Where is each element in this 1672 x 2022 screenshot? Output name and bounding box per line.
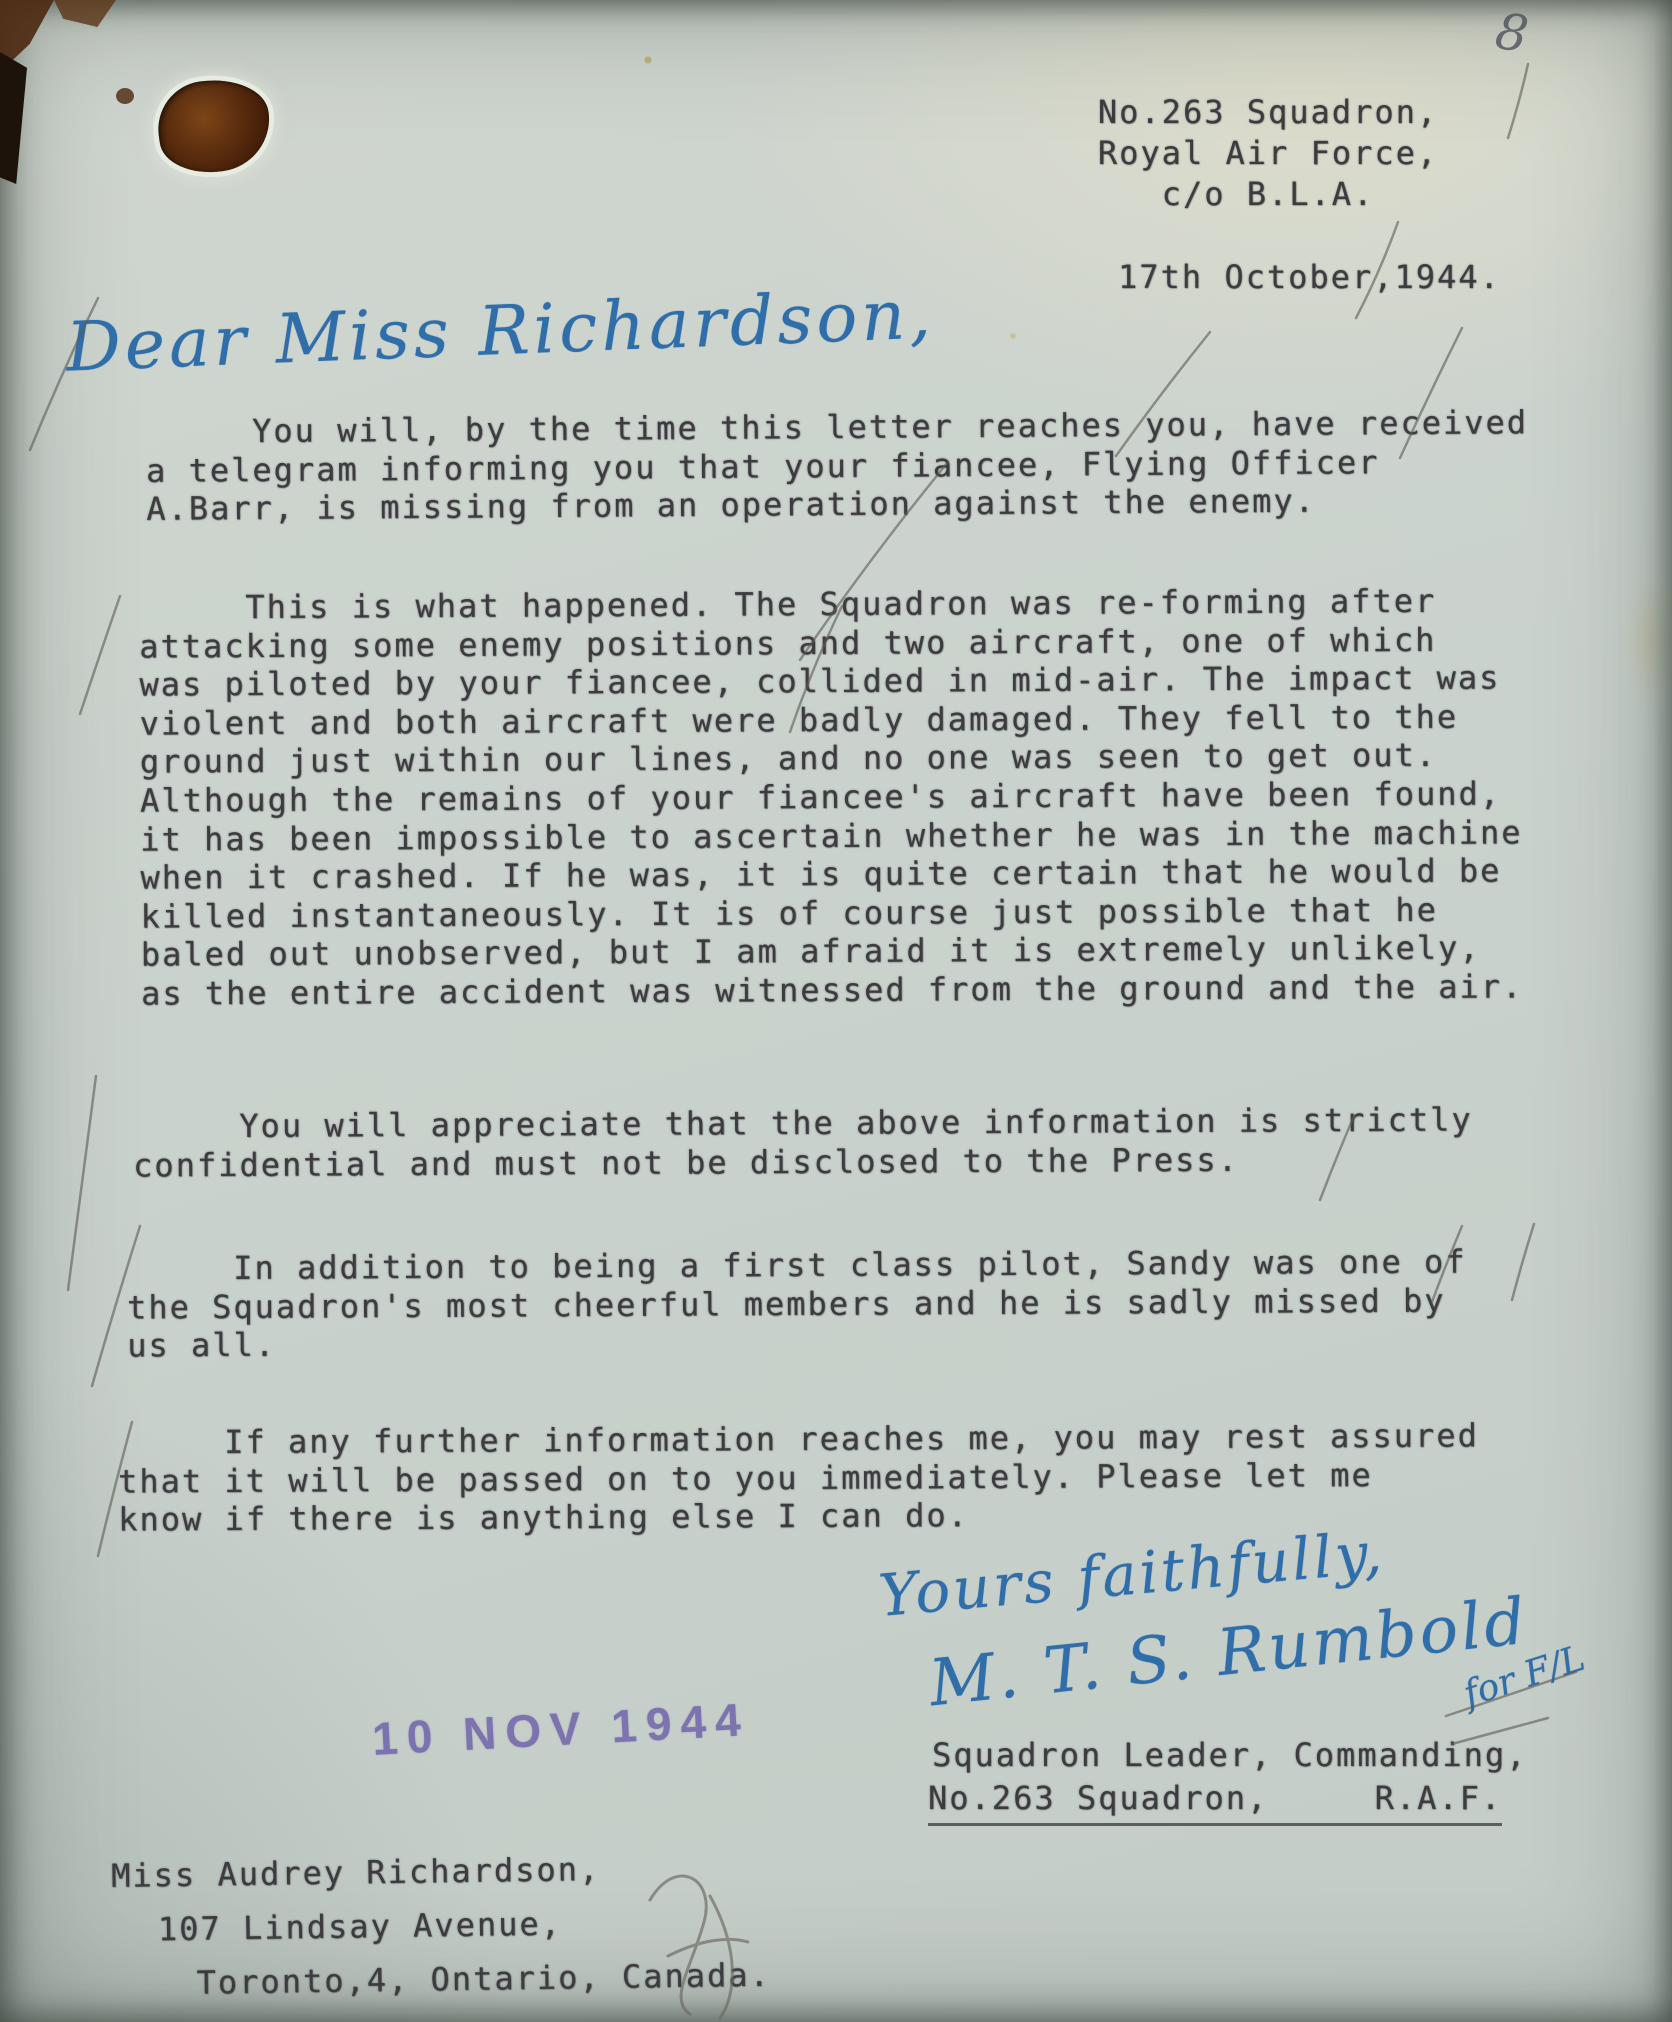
received-date-stamp: 10 NOV 1944 (371, 1692, 751, 1766)
address-line: Miss Audrey Richardson, (111, 1850, 601, 1895)
corner-stain (54, 0, 116, 27)
letterhead-line: Royal Air Force, (1068, 133, 1468, 174)
paper-spot (116, 88, 134, 104)
paragraph: In addition to being a first class pilot… (127, 1242, 1467, 1365)
address-line: Toronto,4, Ontario, Canada. (196, 1956, 771, 2003)
address-line: 107 Lindsay Avenue, (158, 1905, 563, 1949)
paper-tear-hole (152, 73, 276, 180)
salutation-handwritten: Dear Miss Richardson, (65, 275, 936, 387)
letter-page: 8 No.263 Squadron, Royal Air Force, c/o … (0, 0, 1672, 2022)
paragraph: You will, by the time this letter reache… (146, 403, 1529, 528)
paragraph: This is what happened. The Squadron was … (139, 581, 1523, 1013)
paragraph: You will appreciate that the above infor… (133, 1100, 1473, 1184)
signer-unit: No.263 Squadron, R.A.F. (928, 1779, 1502, 1826)
paragraph: If any further information reaches me, y… (118, 1416, 1480, 1539)
page-number: 8 (1492, 2, 1532, 64)
letterhead-line: c/o B.L.A. (1068, 174, 1468, 215)
letterhead-line: No.263 Squadron, (1068, 92, 1468, 133)
corner-stain (0, 52, 27, 184)
letterhead: No.263 Squadron, Royal Air Force, c/o B.… (1068, 92, 1468, 215)
recipient-address: Miss Audrey Richardson, 107 Lindsay Aven… (111, 1847, 813, 2022)
letter-date: 17th October,1944. (1118, 258, 1501, 297)
signer-title: Squadron Leader, Commanding, (932, 1736, 1527, 1775)
